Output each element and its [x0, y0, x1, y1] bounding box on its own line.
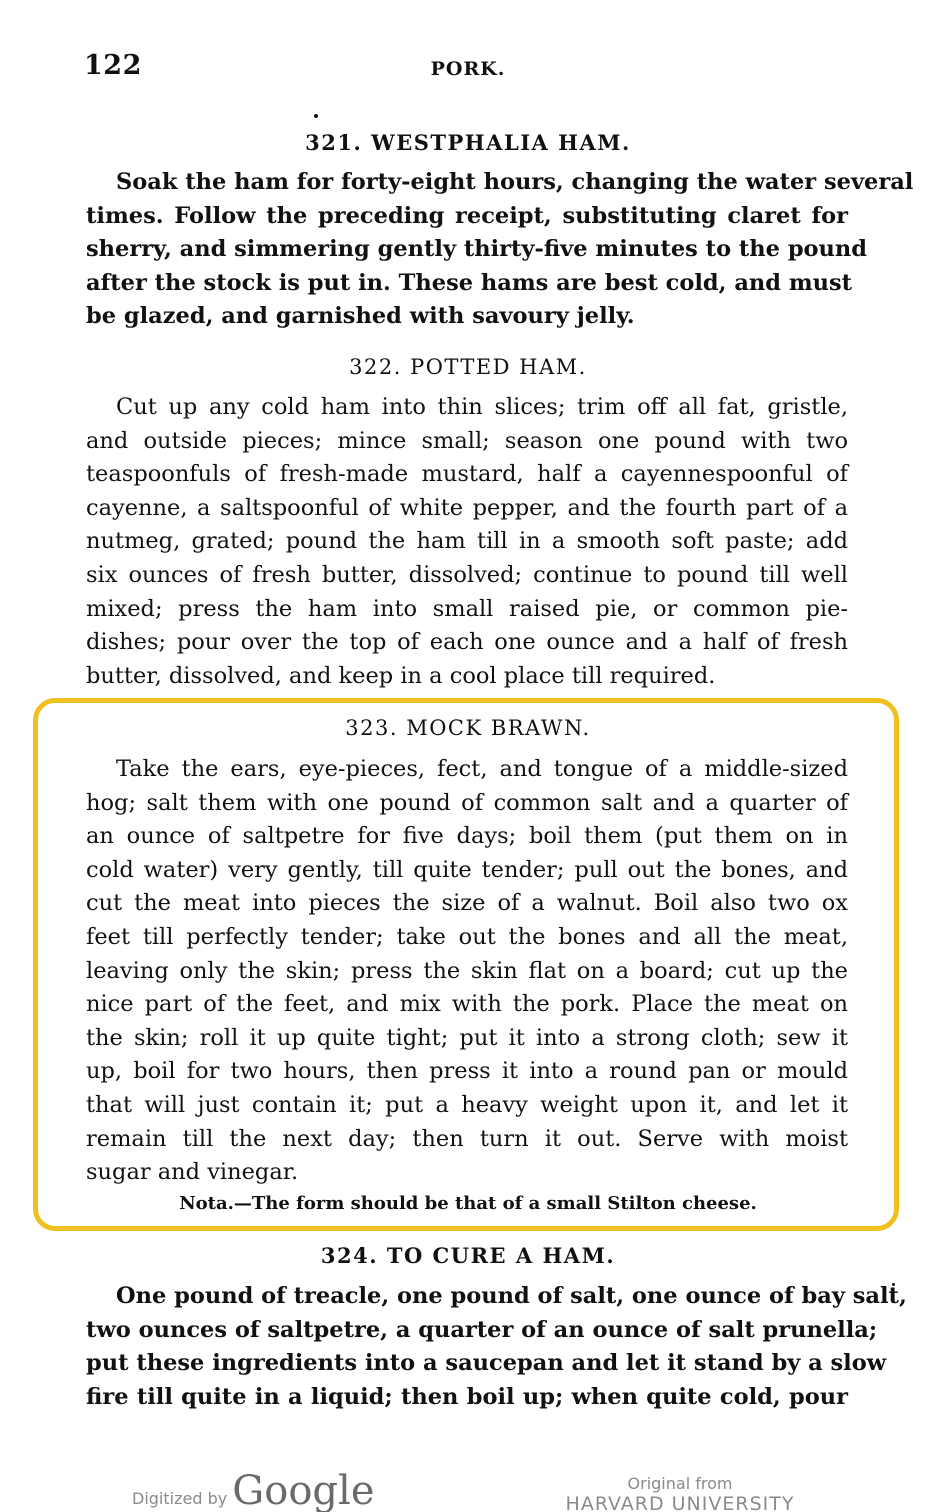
text-line: that will just contain it; put a heavy w…	[86, 1089, 848, 1123]
recipe-heading-322: 322. POTTED HAM.	[0, 355, 936, 379]
text-line: Soak the ham for forty-eight hours, chan…	[86, 166, 848, 200]
text-line: an ounce of saltpetre for five days; boi…	[86, 820, 848, 854]
text-line: two ounces of saltpetre, a quarter of an…	[86, 1314, 848, 1348]
recipe-heading-321: 321. WESTPHALIA HAM.	[0, 130, 936, 155]
ink-speck	[314, 114, 318, 118]
text-line: and outside pieces; mince small; season …	[86, 425, 848, 459]
digitized-by-label: Digitized by	[132, 1489, 227, 1508]
text-line: hog; salt them with one pound of common …	[86, 787, 848, 821]
text-line: sugar and vinegar.	[86, 1156, 848, 1190]
text-line: nice part of the feet, and mix with the …	[86, 988, 848, 1022]
recipe-note-323: Nota.—The form should be that of a small…	[0, 1193, 936, 1214]
recipe-body-322: Cut up any cold ham into thin slices; tr…	[86, 391, 848, 693]
recipe-heading-324: 324. TO CURE A HAM.	[0, 1243, 936, 1268]
recipe-heading-323: 323. MOCK BRAWN.	[0, 716, 936, 740]
running-head: PORK.	[0, 58, 936, 80]
text-line: times. Follow the preceding receipt, sub…	[86, 200, 848, 234]
text-line: nutmeg, grated; pound the ham till in a …	[86, 525, 848, 559]
text-line: be glazed, and garnished with savoury je…	[86, 300, 848, 334]
text-line: up, boil for two hours, then press it in…	[86, 1055, 848, 1089]
recipe-body-324: One pound of treacle, one pound of salt,…	[86, 1280, 848, 1414]
text-line: six ounces of fresh butter, dissolved; c…	[86, 559, 848, 593]
text-line: cut the meat into pieces the size of a w…	[86, 887, 848, 921]
text-line: after the stock is put in. These hams ar…	[86, 267, 848, 301]
original-from-label: Original from	[560, 1474, 800, 1493]
text-line: dishes; pour over the top of each one ou…	[86, 626, 848, 660]
text-line: leaving only the skin; press the skin fl…	[86, 955, 848, 989]
recipe-body-321: Soak the ham for forty-eight hours, chan…	[86, 166, 848, 334]
text-line: fire till quite in a liquid; then boil u…	[86, 1381, 848, 1415]
text-line: One pound of treacle, one pound of salt,…	[86, 1280, 848, 1314]
recipe-body-323: Take the ears, eye-pieces, fect, and ton…	[86, 753, 848, 1190]
text-line: sherry, and simmering gently thirty-five…	[86, 233, 848, 267]
text-line: feet till perfectly tender; take out the…	[86, 921, 848, 955]
text-line: teaspoonfuls of fresh-made mustard, half…	[86, 458, 848, 492]
institution-label: HARVARD UNIVERSITY	[560, 1493, 800, 1512]
text-line: butter, dissolved, and keep in a cool pl…	[86, 660, 848, 694]
digitized-by-watermark: Digitized by Google	[132, 1468, 374, 1512]
text-line: mixed; press the ham into small raised p…	[86, 593, 848, 627]
text-line: cayenne, a saltspoonful of white pepper,…	[86, 492, 848, 526]
text-line: remain till the next day; then turn it o…	[86, 1123, 848, 1157]
original-from-watermark: Original from HARVARD UNIVERSITY	[560, 1474, 800, 1512]
text-line: Take the ears, eye-pieces, fect, and ton…	[86, 753, 848, 787]
text-line: the skin; roll it up quite tight; put it…	[86, 1022, 848, 1056]
text-line: put these ingredients into a saucepan an…	[86, 1347, 848, 1381]
text-line: Cut up any cold ham into thin slices; tr…	[86, 391, 848, 425]
text-line: cold water) very gently, till quite tend…	[86, 854, 848, 888]
google-logo: Google	[232, 1468, 374, 1512]
